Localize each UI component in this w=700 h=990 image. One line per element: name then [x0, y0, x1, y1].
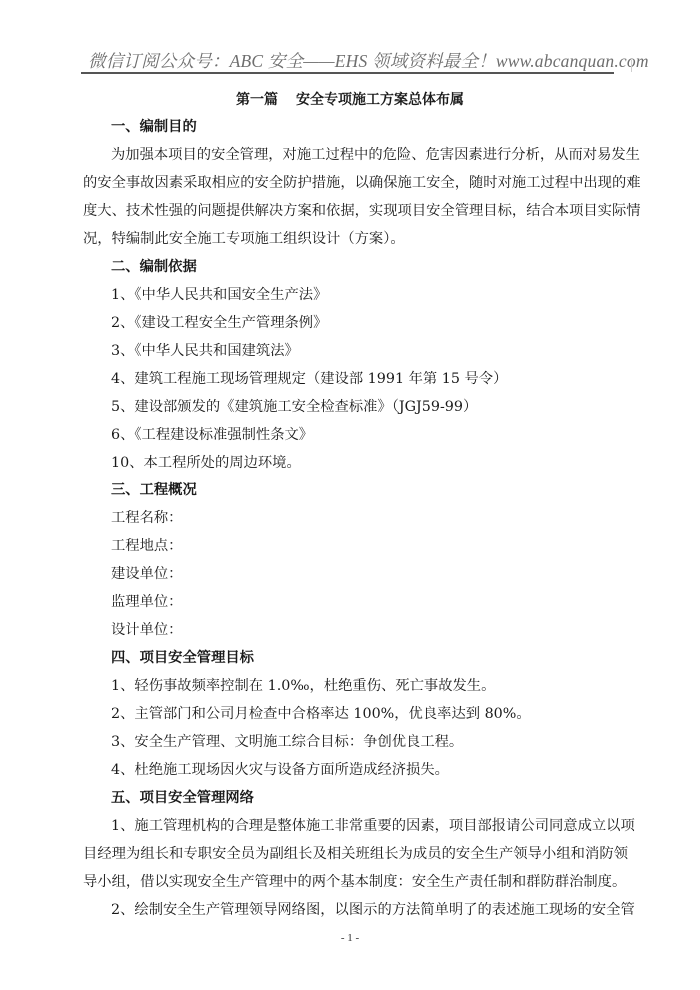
paragraph-line: 度大、技术性强的问题提供解决方案和依据，实现项目安全管理目标，结合本项目实际情	[83, 197, 628, 225]
field-label: 设计单位：	[111, 622, 182, 638]
field-design-unit: 设计单位：	[111, 616, 656, 644]
list-item: 2、主管部门和公司月检查中合格率达 100%，优良率达到 80%。	[111, 700, 656, 728]
section-heading-goals: 四、项目安全管理目标	[111, 644, 656, 672]
list-item: 3、安全生产管理、文明施工综合目标：争创优良工程。	[111, 728, 656, 756]
paragraph-line: 为加强本项目的安全管理，对施工过程中的危险、危害因素进行分析，从而对易发生	[111, 141, 628, 169]
document-title: 第一篇安全专项施工方案总体布属	[0, 86, 700, 114]
header-edge-mark	[631, 60, 632, 72]
list-item: 4、建筑工程施工现场管理规定（建设部 1991 年第 15 号令）	[111, 365, 656, 393]
field-project-name: 工程名称：	[111, 504, 656, 532]
paragraph-line: 况，特编制此安全施工专项施工组织设计（方案）。	[83, 225, 628, 253]
title-part: 第一篇	[236, 92, 278, 108]
section-heading-purpose: 一、编制目的	[111, 113, 656, 141]
page-number: - 1 -	[0, 932, 700, 944]
field-label: 建设单位：	[111, 566, 182, 582]
paragraph-line: 1、施工管理机构的合理是整体施工非常重要的因素，项目部报请公司同意成立以项	[111, 812, 628, 840]
list-item: 2、《建设工程安全生产管理条例》	[111, 309, 656, 337]
section-heading-network: 五、项目安全管理网络	[111, 784, 656, 812]
title-main: 安全专项施工方案总体布属	[296, 92, 464, 108]
field-supervision-unit: 监理单位：	[111, 588, 656, 616]
list-item: 10、本工程所处的周边环境。	[111, 449, 656, 477]
paragraph-line: 2、绘制安全生产管理领导网络图，以图示的方法简单明了的表述施工现场的安全管	[111, 896, 628, 924]
list-item: 1、《中华人民共和国安全生产法》	[111, 281, 656, 309]
list-item: 5、建设部颁发的《建筑施工安全检查标准》（JGJ59-99）	[111, 393, 656, 421]
section-heading-overview: 三、工程概况	[111, 476, 656, 504]
paragraph-line: 目经理为组长和专职安全员为副组长及相关班组长为成员的安全生产领导小组和消防领	[83, 840, 628, 868]
field-label: 工程地点：	[111, 538, 182, 554]
field-construction-unit: 建设单位：	[111, 560, 656, 588]
list-item: 6、《工程建设标准强制性条文》	[111, 421, 656, 449]
header-watermark: 微信订阅公众号：ABC 安全——EHS 领域资料最全！www.abcanquan…	[88, 48, 648, 73]
list-item: 1、轻伤事故频率控制在 1.0‰，杜绝重伤、死亡事故发生。	[111, 672, 656, 700]
field-label: 工程名称：	[111, 510, 182, 526]
paragraph-line: 导小组，借以实现安全生产管理中的两个基本制度：安全生产责任制和群防群治制度。	[83, 868, 628, 896]
field-project-location: 工程地点：	[111, 532, 656, 560]
list-item: 4、杜绝施工现场因火灾与设备方面所造成经济损失。	[111, 756, 656, 784]
field-label: 监理单位：	[111, 594, 182, 610]
list-item: 3、《中华人民共和国建筑法》	[111, 337, 656, 365]
paragraph-line: 的安全事故因素采取相应的安全防护措施，以确保施工安全，随时对施工过程中出现的难	[83, 169, 628, 197]
section-heading-basis: 二、编制依据	[111, 253, 656, 281]
header-rule	[81, 72, 614, 74]
